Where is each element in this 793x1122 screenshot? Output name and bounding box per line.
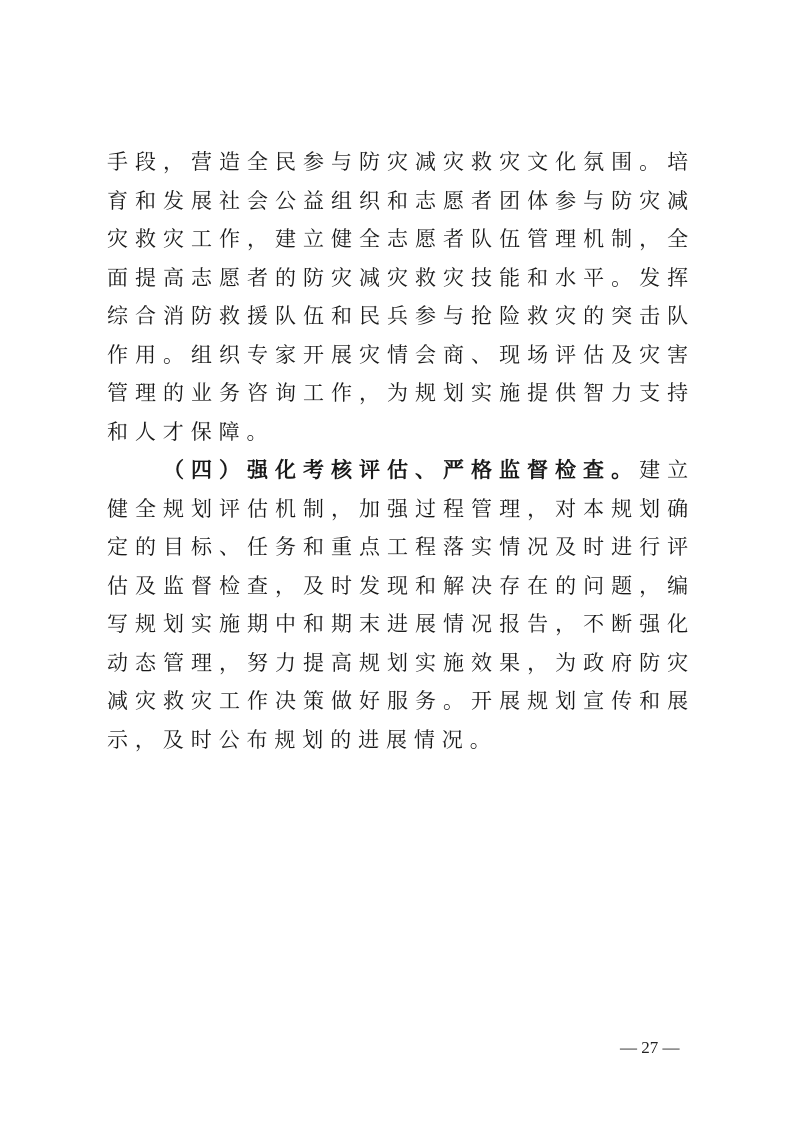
paragraph-text: 建立健全规划评估机制，加强过程管理，对本规划确定的目标、任务和重点工程落实情况及… (107, 458, 695, 752)
page-number: — 27 — (620, 1038, 680, 1058)
page-body: 手段，营造全民参与防灾减灾救灾文化氛围。培育和发展社会公益组织和志愿者团体参与防… (107, 143, 695, 759)
paragraph-evaluation-supervision: （四）强化考核评估、严格监督检查。建立健全规划评估机制，加强过程管理，对本规划确… (107, 451, 695, 759)
section-heading: （四）强化考核评估、严格监督检查。 (163, 458, 639, 482)
paragraph-volunteer-support: 手段，营造全民参与防灾减灾救灾文化氛围。培育和发展社会公益组织和志愿者团体参与防… (107, 143, 695, 451)
paragraph-text: 手段，营造全民参与防灾减灾救灾文化氛围。培育和发展社会公益组织和志愿者团体参与防… (107, 150, 695, 444)
